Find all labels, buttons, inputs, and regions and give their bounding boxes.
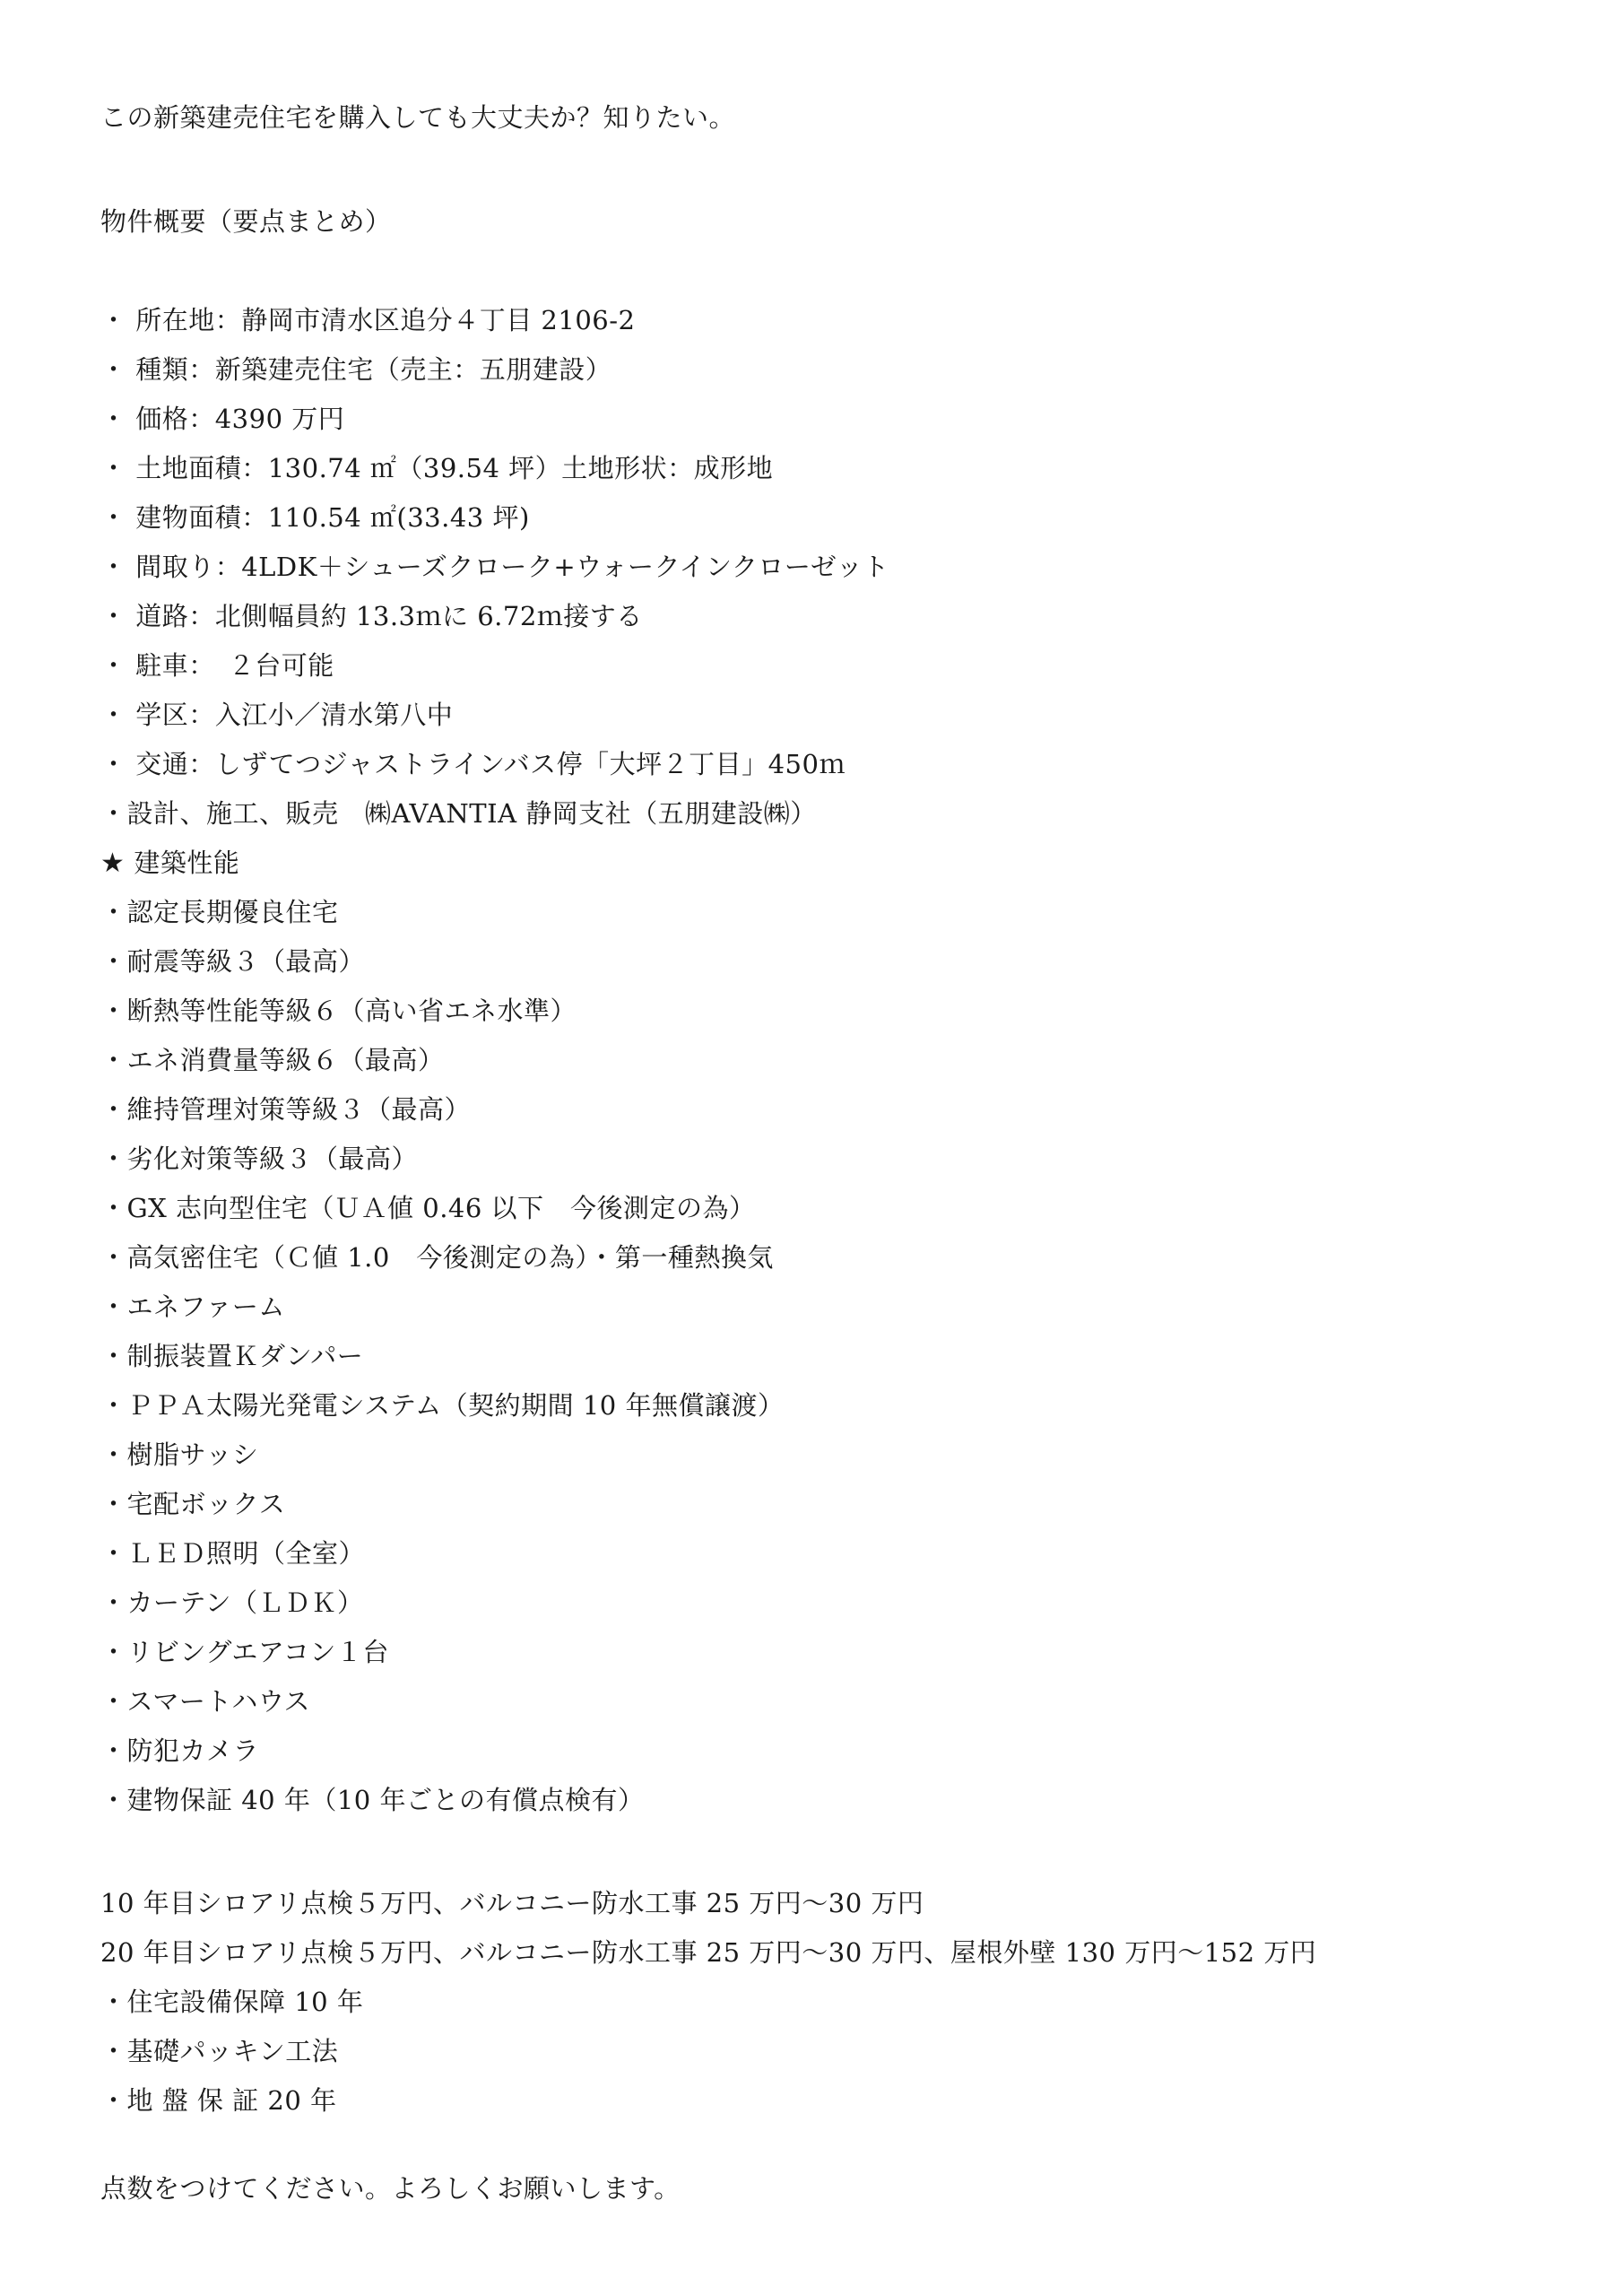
maintenance-cost-10-year: 10 年目シロアリ点検５万円、バルコニー防水工事 25 万円～30 万円 — [100, 1885, 924, 1921]
performance-item: ・カーテン（ＬＤＫ） — [100, 1585, 364, 1621]
performance-item: ・建物保証 40 年（10 年ごとの有償点検有） — [100, 1782, 644, 1818]
performance-item: ・リビングエアコン１台 — [100, 1634, 389, 1670]
overview-item-building-area: ・ 建物面積：110.54 ㎡(33.43 坪) — [100, 500, 530, 535]
warranty-item: ・基礎パッキン工法 — [100, 2033, 338, 2069]
overview-item-road: ・ 道路：北側幅員約 13.3ｍに 6.72ｍ接する — [100, 598, 643, 634]
performance-item: ・樹脂サッシ — [100, 1437, 258, 1473]
overview-item-price: ・ 価格：4390 万円 — [100, 401, 344, 437]
performance-item: ・制振装置Ｋダンパー — [100, 1338, 363, 1374]
overview-item-parking: ・ 駐車： ２台可能 — [100, 648, 334, 683]
performance-item: ・スマートハウス — [100, 1683, 310, 1719]
warranty-item: ・地 盤 保 証 20 年 — [100, 2083, 337, 2118]
overview-heading: 物件概要（要点まとめ） — [100, 204, 392, 239]
performance-item: ・宅配ボックス — [100, 1486, 285, 1522]
performance-item: ・防犯カメラ — [100, 1733, 259, 1769]
performance-item: ・エネファーム — [100, 1289, 285, 1325]
performance-item: ・認定長期優良住宅 — [100, 894, 339, 930]
overview-item-layout: ・ 間取り：4LDK＋シューズクローク+ウォークインクローゼット — [100, 549, 889, 585]
performance-item: ・GX 志向型住宅（ＵＡ値 0.46 以下 今後測定の為） — [100, 1190, 756, 1226]
performance-item: ・劣化対策等級３（最高） — [100, 1141, 418, 1177]
overview-item-transport: ・ 交通：しずてつジャストラインバス停「大坪２丁目」450ｍ — [100, 746, 846, 782]
question-text: この新築建売住宅を購入しても大丈夫か？知りたい。 — [100, 100, 735, 135]
overview-item-land-area: ・ 土地面積：130.74 ㎡（39.54 坪）土地形状：成形地 — [100, 450, 773, 486]
maintenance-cost-20-year: 20 年目シロアリ点検５万円、バルコニー防水工事 25 万円～30 万円、屋根外… — [100, 1935, 1316, 1970]
performance-item: ・断熱等性能等級６（高い省エネ水準） — [100, 993, 577, 1029]
overview-item-location: ・ 所在地：静岡市清水区追分４丁目 2106-2 — [100, 302, 636, 338]
performance-item: ・エネ消費量等級６（最高） — [100, 1042, 445, 1078]
performance-item: ・ＰＰＡ太陽光発電システム（契約期間 10 年無償譲渡） — [100, 1387, 784, 1423]
performance-item: ・耐震等級３（最高） — [100, 944, 365, 979]
performance-heading-label: 建築性能 — [134, 848, 239, 878]
overview-item-school-district: ・ 学区：入江小／清水第八中 — [100, 697, 453, 733]
overview-item-type: ・ 種類：新築建売住宅（売主：五朋建設） — [100, 352, 612, 387]
performance-item: ・維持管理対策等級３（最高） — [100, 1091, 471, 1127]
overview-item-builder: ・設計、施工、販売 ㈱AVANTIA 静岡支社（五朋建設㈱） — [100, 796, 817, 831]
closing-request: 点数をつけてください。よろしくお願いします。 — [100, 2170, 681, 2206]
performance-item: ・高気密住宅（Ｃ値 1.0 今後測定の為）・第一種熱換気 — [100, 1239, 774, 1275]
star-icon: ★ — [100, 848, 125, 879]
performance-item: ・ＬＥＤ照明（全室） — [100, 1535, 365, 1571]
performance-heading: ★建築性能 — [100, 845, 239, 881]
warranty-item: ・住宅設備保障 10 年 — [100, 1984, 363, 2020]
